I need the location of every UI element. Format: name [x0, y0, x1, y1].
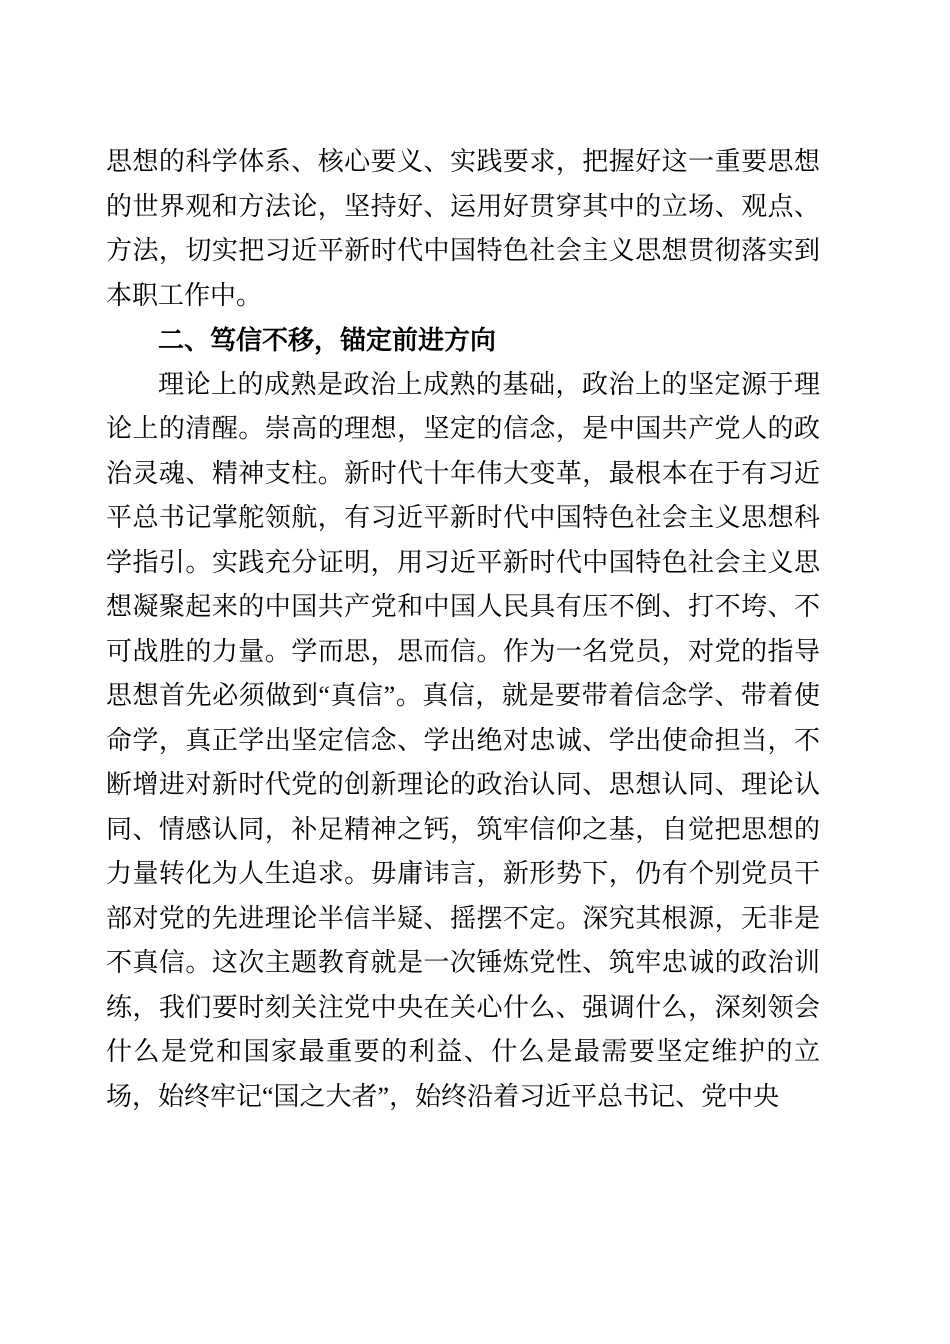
section-paragraph: 理论上的成熟是政治上成熟的基础，政治上的坚定源于理论上的清醒。崇高的理想，坚定的…	[106, 363, 820, 1120]
section-heading: 二、笃信不移，锚定前进方向	[106, 318, 820, 363]
paragraph-continued: 思想的科学体系、核心要义、实践要求，把握好这一重要思想的世界观和方法论，坚持好、…	[106, 140, 820, 318]
document-content: 思想的科学体系、核心要义、实践要求，把握好这一重要思想的世界观和方法论，坚持好、…	[106, 140, 820, 1119]
document-page: 思想的科学体系、核心要义、实践要求，把握好这一重要思想的世界观和方法论，坚持好、…	[0, 0, 950, 1344]
